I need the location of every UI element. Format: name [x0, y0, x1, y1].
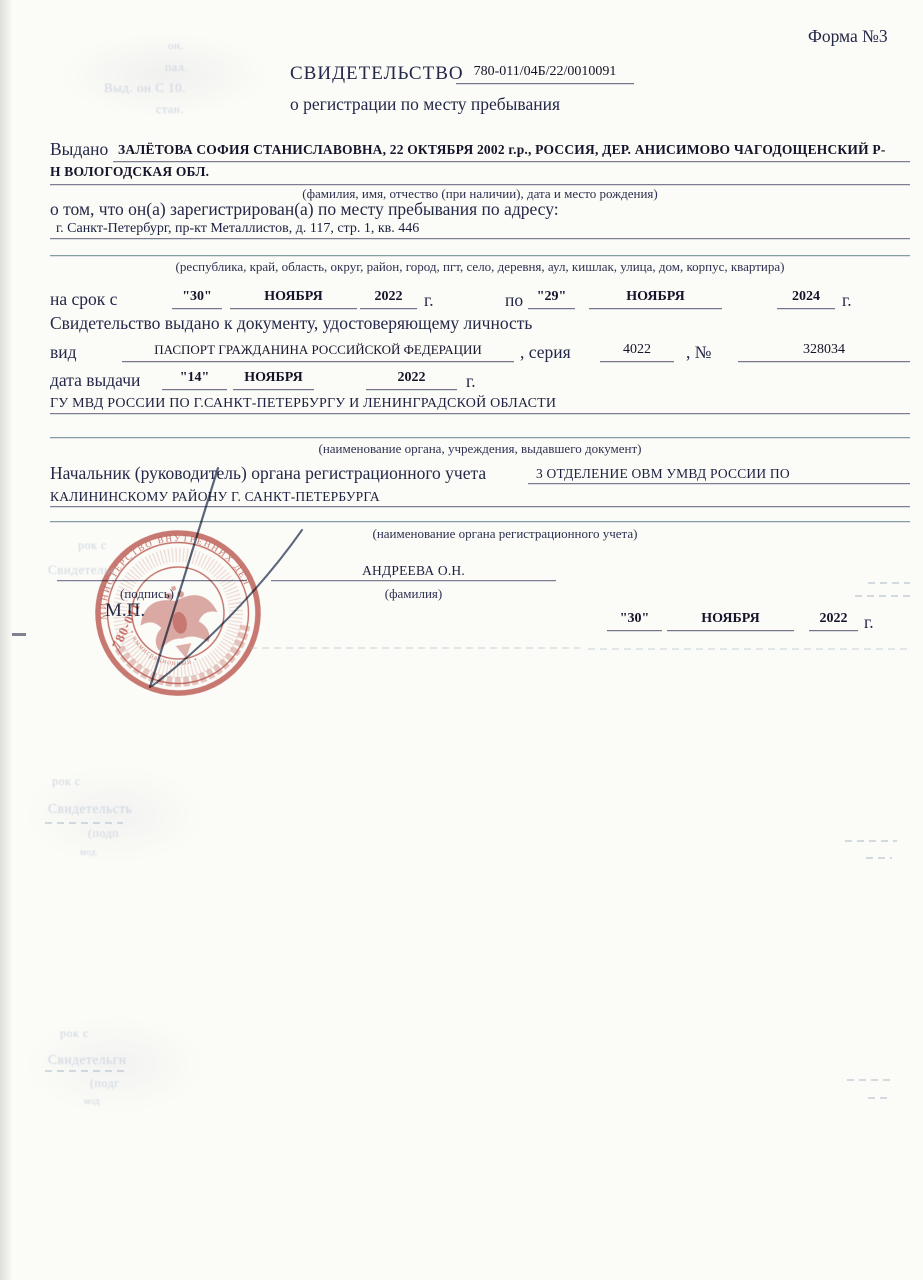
issue-year-field: 2022: [366, 370, 457, 390]
ghost-dash: [45, 1070, 127, 1072]
rule-line: [50, 184, 910, 185]
ghost-text: рок с: [52, 774, 81, 789]
rule-line: [50, 238, 910, 239]
period-label: на срок с: [50, 289, 117, 310]
issued-label: Выдано: [50, 139, 108, 160]
issue-date-label: дата выдачи: [50, 370, 140, 391]
rule-line: [113, 161, 910, 162]
scan-mark: [847, 1079, 893, 1081]
scanned-certificate-page: Форма №3 СВИДЕТЕЛЬСТВО 780-011/04Б/22/00…: [0, 0, 923, 1280]
ghost-text: рок с: [60, 1026, 89, 1041]
rule-line: [50, 413, 910, 414]
scan-mark: [588, 648, 908, 650]
year-suffix: г.: [466, 371, 476, 392]
issue-month-field: НОЯБРЯ: [233, 370, 314, 390]
address-value: г. Санкт-Петербург, пр-кт Металлистов, д…: [56, 221, 419, 237]
ghost-text: мод: [84, 1096, 100, 1106]
ghost-text: (подг: [90, 1076, 120, 1091]
period-to-day-field: "29": [528, 289, 575, 309]
issuer-hint: (наименование органа, учреждения, выдавш…: [50, 441, 910, 457]
scan-mark: [866, 857, 892, 859]
registration-intro: о том, что он(а) зарегистрирован(а) по м…: [50, 199, 559, 220]
scan-mark: [250, 647, 580, 649]
ghost-text: Свидетельгн: [48, 1052, 127, 1068]
pen-signature: [140, 460, 320, 700]
series-field: 4022: [600, 342, 674, 362]
ghost-text: он.: [168, 40, 184, 52]
doc-type-field: ПАСПОРТ ГРАЖДАНИНА РОССИЙСКОЙ ФЕДЕРАЦИИ: [122, 342, 514, 362]
scan-mark: [12, 633, 26, 636]
ghost-text: пал.: [165, 60, 188, 75]
bottom-date-year-field: 2022: [809, 611, 858, 631]
issue-day-field: "14": [162, 370, 227, 390]
ghost-text: мод.: [80, 847, 99, 857]
rule-line: [50, 255, 910, 256]
ghost-text: Выд. он С 10.: [104, 80, 186, 96]
scan-mark: [845, 840, 897, 842]
year-suffix: г.: [424, 290, 434, 311]
registrar-value-line1: 3 ОТДЕЛЕНИЕ ОВМ УМВД РОССИИ ПО: [536, 466, 790, 482]
year-suffix: г.: [842, 290, 852, 311]
scan-mark: [868, 582, 910, 584]
series-label: , серия: [520, 342, 571, 363]
ghost-text: стан.: [156, 102, 184, 117]
ghost-text: Свидетельсть: [48, 801, 132, 817]
issued-name-line1: ЗАЛЁТОВА СОФИЯ СТАНИСЛАВОВНА, 22 ОКТЯБРЯ…: [118, 142, 886, 158]
ghost-dash: [45, 822, 123, 824]
issued-name-line2: Н ВОЛОГОДСКАЯ ОБЛ.: [50, 164, 209, 180]
ghost-text: Свидетельс: [48, 562, 117, 578]
period-from-day-field: "30": [172, 289, 222, 309]
rule-line: [528, 483, 910, 484]
ghost-text: (подп: [88, 826, 119, 841]
scan-mark: [868, 1097, 892, 1099]
number-label: , №: [686, 342, 711, 363]
period-from-year-field: 2022: [360, 289, 417, 309]
doc-title: СВИДЕТЕЛЬСТВО: [290, 63, 464, 85]
scan-mark: [855, 595, 910, 597]
address-hint: (республика, край, область, округ, район…: [50, 259, 910, 275]
form-number: Форма №3: [808, 26, 888, 47]
bottom-date-day-field: "30": [607, 611, 662, 631]
period-from-month-field: НОЯБРЯ: [230, 289, 357, 309]
period-to-month-field: НОЯБРЯ: [589, 289, 722, 309]
rule-line: [50, 437, 910, 438]
doc-type-label: вид: [50, 342, 77, 363]
doc-subtitle: о регистрации по месту пребывания: [290, 94, 560, 115]
ghost-text: рок с: [78, 538, 107, 553]
period-to-label: по: [505, 290, 523, 311]
number-field: 328034: [738, 342, 910, 362]
period-to-year-field: 2024: [777, 289, 835, 309]
issuer-value: ГУ МВД РОССИИ ПО Г.САНКТ-ПЕТЕРБУРГУ И ЛЕ…: [50, 396, 556, 412]
year-suffix: г.: [864, 612, 874, 633]
bottom-date-month-field: НОЯБРЯ: [667, 611, 794, 631]
serial-number-field: 780-011/04Б/22/0010091: [456, 64, 634, 84]
identity-intro: Свидетельство выдано к документу, удосто…: [50, 313, 532, 334]
